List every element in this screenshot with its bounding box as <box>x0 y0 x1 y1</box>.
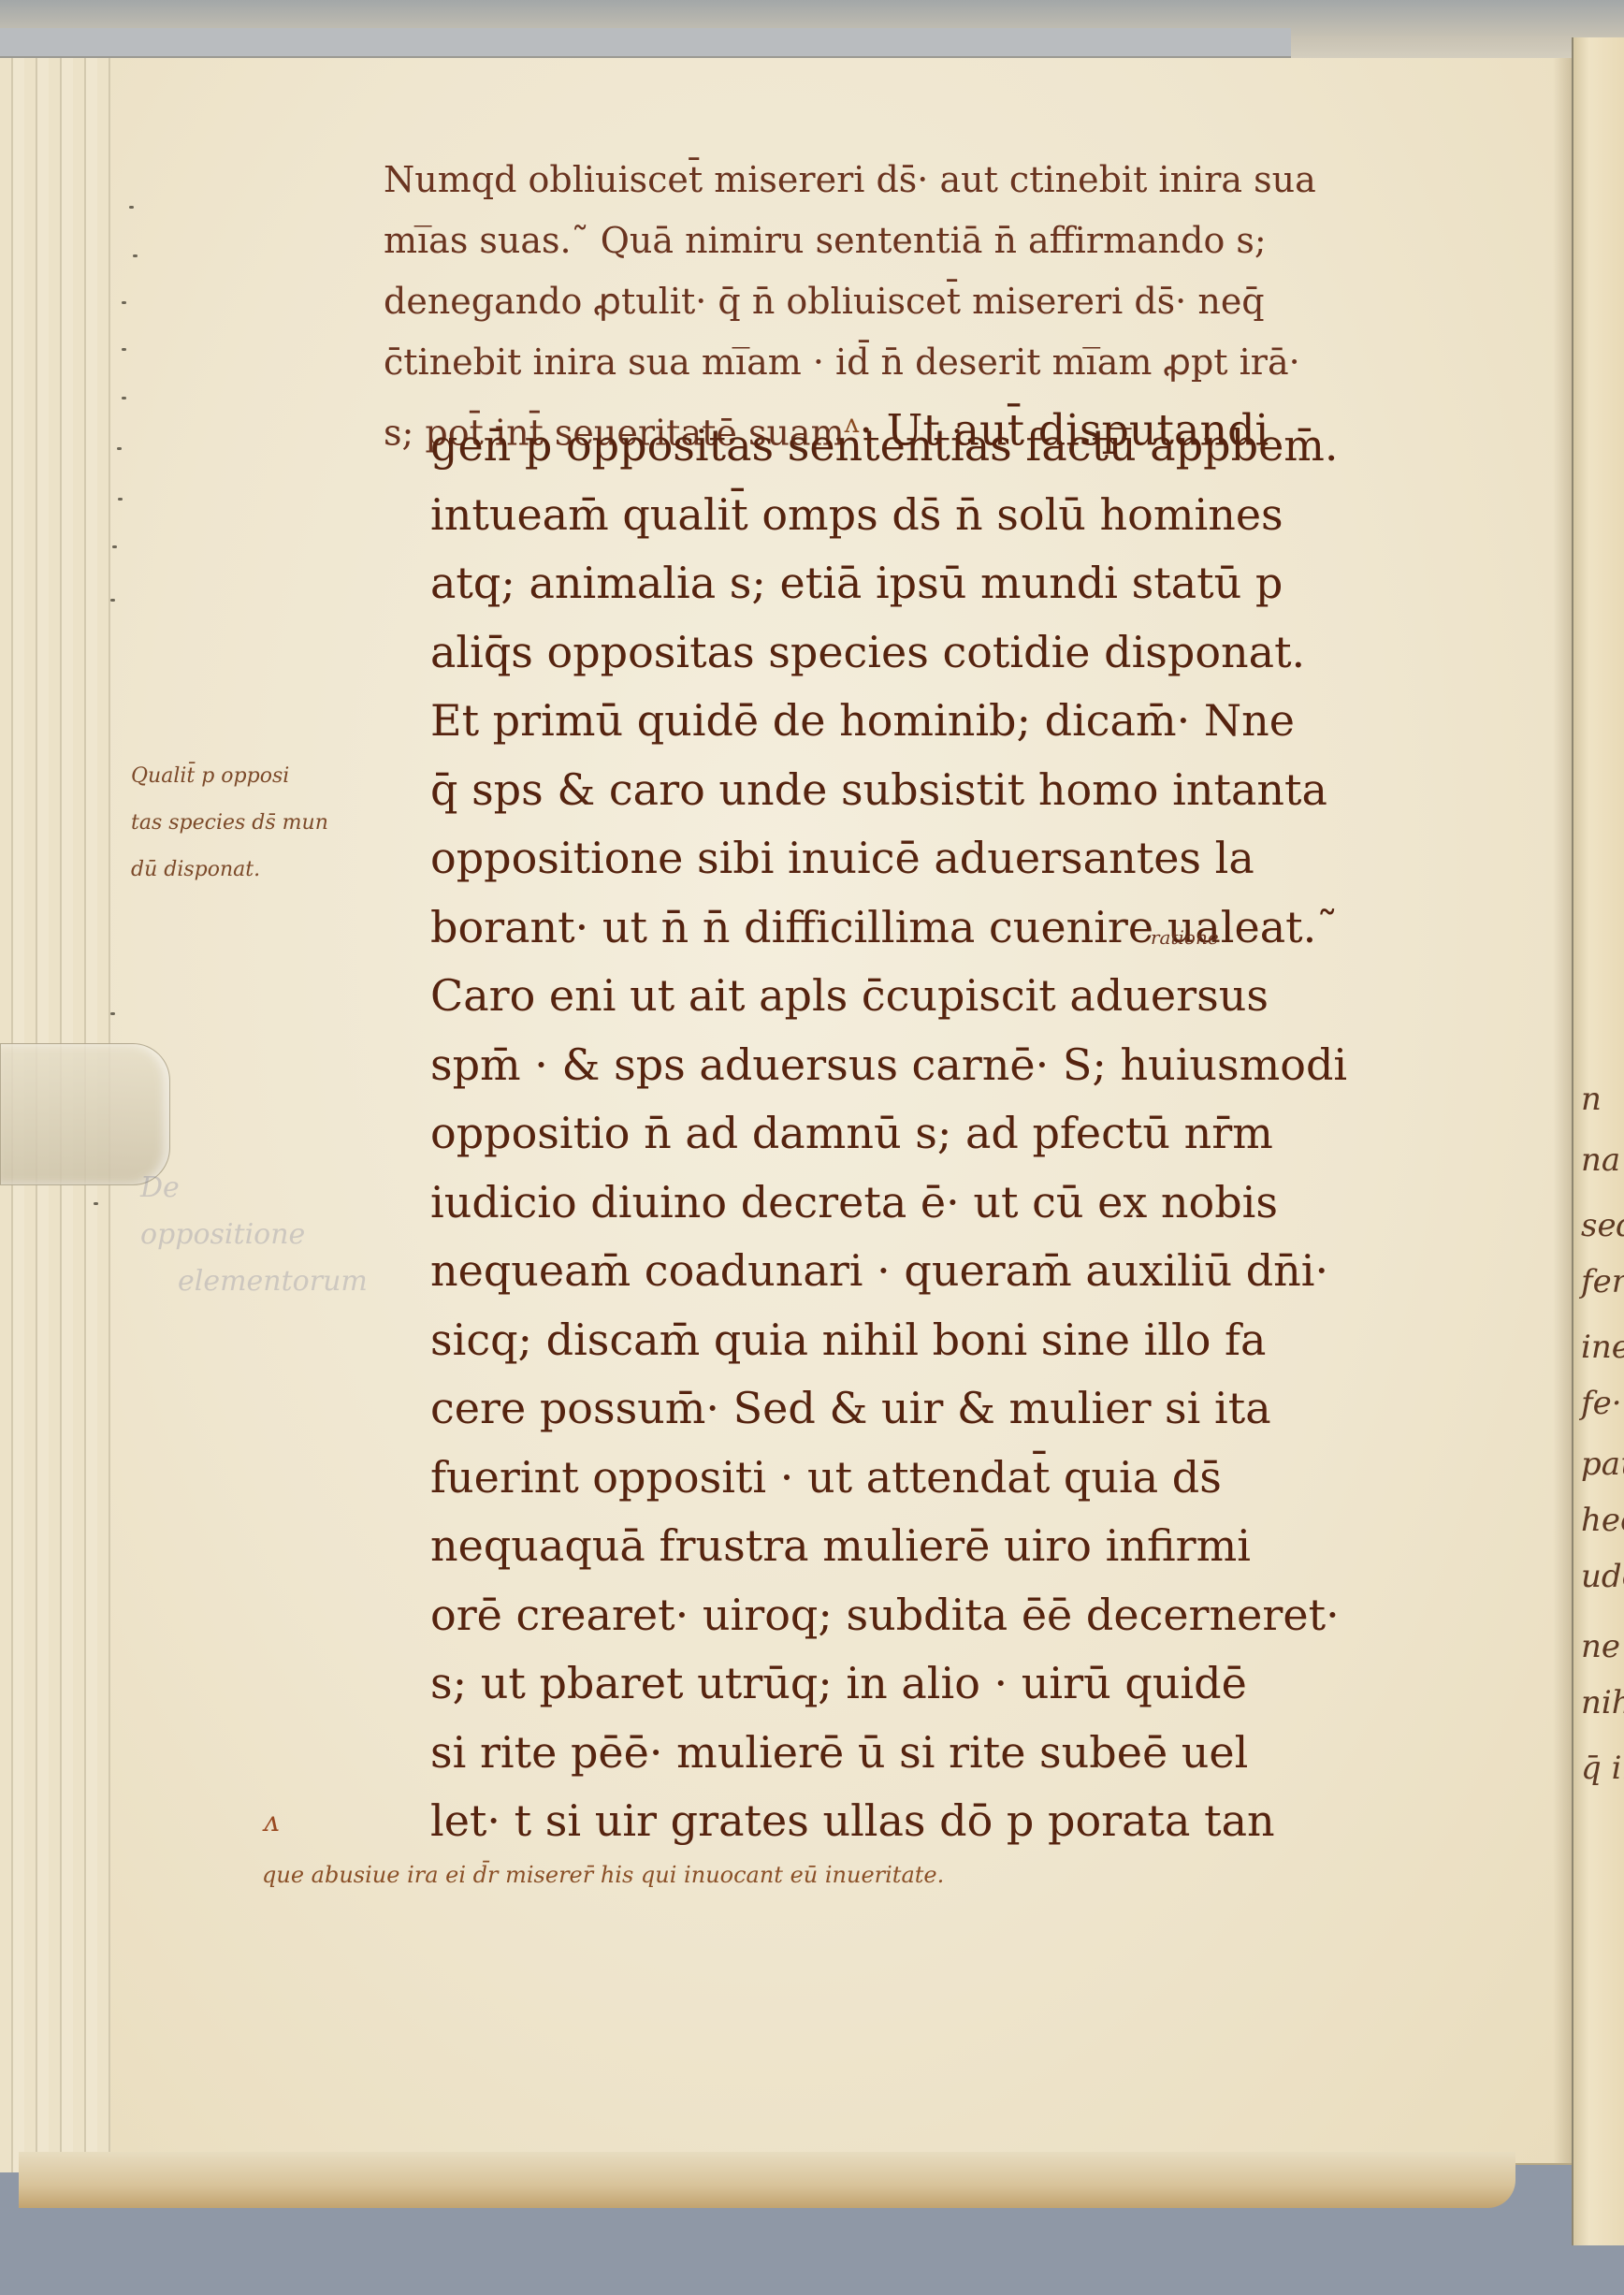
text-line: mi̅as suas.˜ Quā nimiru sententiā n̄ aff… <box>384 211 1316 271</box>
text-line: cere possum̄· Sed & uir & mulier si ita <box>430 1374 1347 1444</box>
pricking-mark <box>118 498 123 501</box>
pricking-mark <box>122 301 126 304</box>
text-line: orē crearet· uiroq; subdita ēē decernere… <box>430 1581 1347 1650</box>
text-line: oppositione sibi inuicē aduersantes la <box>430 824 1347 893</box>
text-line: sicq; discam̄ quia nihil boni sine illo … <box>430 1306 1347 1375</box>
text-line: atq; animalia s; etiā ipsū mundi statū p <box>430 549 1347 618</box>
gutter-shadow <box>1553 58 1572 2163</box>
text-line: gen̄ p oppositas sententias factu̅ appbe… <box>430 412 1347 481</box>
pricking-mark <box>122 348 126 351</box>
text-line: nequeam̄ coadunari · queram̄ auxiliū dn̄… <box>430 1237 1347 1306</box>
pricking-mark <box>122 397 126 399</box>
page-bottom-edge <box>19 2152 1515 2208</box>
show-through-text: De oppositione elementorum <box>140 1165 346 1305</box>
pricking-mark <box>110 599 115 602</box>
pricking-mark <box>133 254 138 257</box>
interlinear-gloss: ratione <box>1151 926 1219 949</box>
pricking-mark <box>112 545 117 548</box>
text-line: c̄tinebit inira sua mi̅am · id̄ n̄ deser… <box>384 332 1316 393</box>
main-text-block: gen̄ p oppositas sententias factu̅ appbe… <box>430 412 1347 1856</box>
text-line: intueam̄ qualit̄ omps ds̄ n̄ solū homine… <box>430 481 1347 550</box>
cover-board-strip <box>0 28 1291 58</box>
text-line: spm̄ · & sps aduersus carnē· S; huiusmod… <box>430 1031 1347 1100</box>
footnote-addition: que abusiue ira ei d̄r miserer̄ his qui … <box>262 1862 944 1888</box>
facing-page-edge: n na sedu feria inecc fe· ui paup hec u … <box>1572 37 1624 2245</box>
margin-gloss: Qualit̄ p opposi tas species ds̄ mun dū … <box>131 753 328 893</box>
text-line: Numqd obliuiscet̄ misereri ds̄· aut ctin… <box>384 150 1316 211</box>
text-line: s; ut pbaret utrūq; in alio · uirū quidē <box>430 1649 1347 1719</box>
text-line: nequaquā frustra mulierē uiro infirmi <box>430 1512 1347 1581</box>
text-line: Caro eni ut ait apls c̄cupiscit aduersus <box>430 962 1347 1031</box>
pricking-mark <box>117 447 122 450</box>
text-line: denegando ꝓtulit· q̄ n̄ obliuiscet̄ mise… <box>384 271 1316 332</box>
footnote-insertion-mark: ᴧ <box>264 1806 280 1838</box>
text-line: iudicio diuino decreta ē· ut cū ex nobis <box>430 1169 1347 1238</box>
pricking-mark <box>129 206 134 209</box>
pricking-mark <box>94 1202 98 1205</box>
text-line: Et primū quidē de hominib; dicam̄· Nne <box>430 687 1347 756</box>
text-line: fuerint oppositi · ut attendat̄ quia ds̄ <box>430 1444 1347 1513</box>
text-line: si rite pēē· mulierē ū si rite subeē uel <box>430 1719 1347 1788</box>
text-line: aliq̄s oppositas species cotidie dispona… <box>430 618 1347 688</box>
text-line: q̄ sps & caro unde subsistit homo intant… <box>430 756 1347 825</box>
pricking-mark <box>110 1012 115 1015</box>
text-line: let· t si uir grates ullas dō p porata t… <box>430 1787 1347 1856</box>
text-line: oppositio n̄ ad damnū s; ad pfectū nr̄m <box>430 1099 1347 1169</box>
